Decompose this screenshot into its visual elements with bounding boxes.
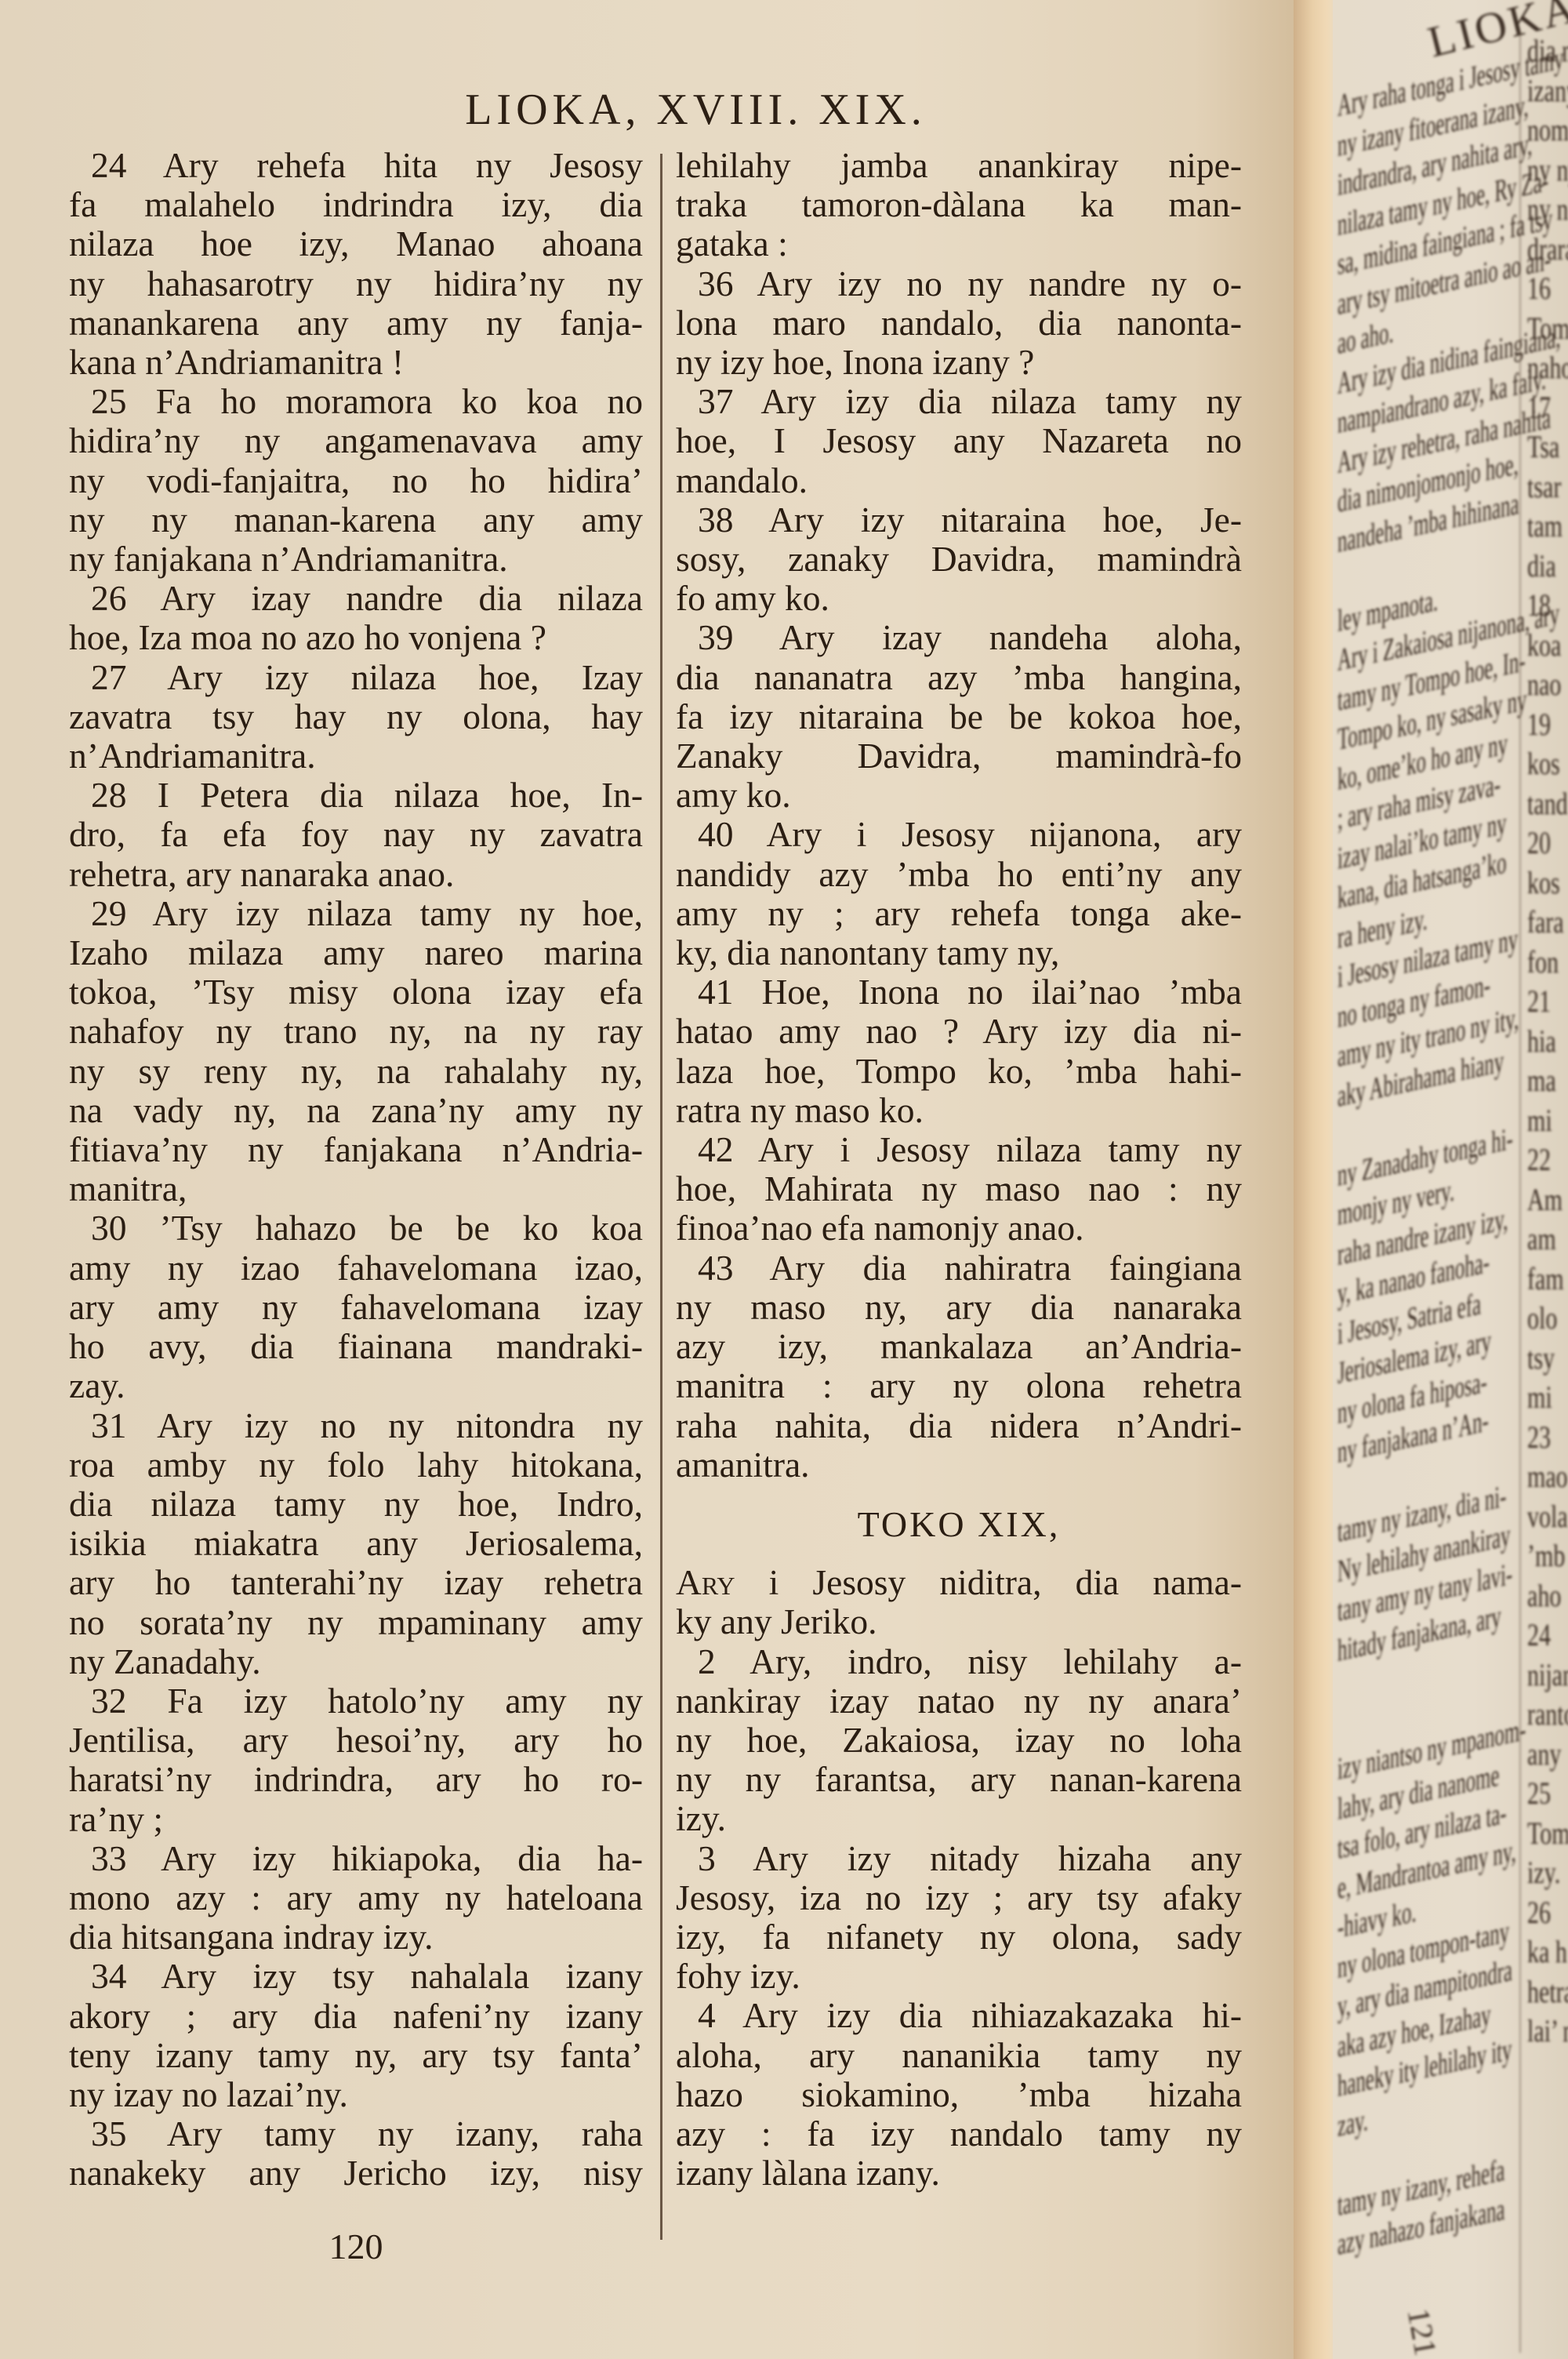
text-line: amy ny izao fahavelomana izao, — [69, 1249, 643, 1288]
text-line: dro, fa efa foy nay ny zavatra — [69, 815, 643, 854]
text-line: ho avy, dia fiainana mandraki- — [69, 1327, 643, 1366]
text-line: kana n’Andriamanitra ! — [69, 343, 643, 382]
verse-start-line: 35 Ary tamy ny izany, raha — [69, 2114, 643, 2154]
facing-text-line: 21 — [1527, 982, 1568, 1022]
facing-text-line: naho — [1527, 348, 1568, 388]
text-line: nahafoy ny trano ny, na ny ray — [69, 1012, 643, 1051]
verse-start-line: 37 Ary izy dia nilaza tamy ny — [676, 382, 1242, 421]
facing-text-line: tsar — [1527, 467, 1568, 507]
text-line: Izaho milaza amy nareo marina — [69, 933, 643, 972]
text-line: ratra ny maso ko. — [676, 1091, 1242, 1130]
text-line: dia nananatra azy ’mba hangina, — [676, 658, 1242, 697]
text-line: lona maro nandalo, dia nanonta- — [676, 304, 1242, 343]
verse-start-line: 41 Hoe, Inona no ilai’nao ’mba — [676, 972, 1242, 1012]
page-number: 120 — [69, 2226, 643, 2267]
verse-start-line: 4 Ary izy dia nihiazakazaka hi- — [676, 1996, 1242, 2035]
facing-text-line: Am — [1527, 1180, 1568, 1220]
facing-text-line: kos — [1527, 863, 1568, 903]
text-line: aloha, ary nananikia tamy ny — [676, 2036, 1242, 2075]
verse-start-line: 3 Ary izy nitady hizaha any — [676, 1839, 1242, 1878]
chapter-opening-line: Ary i Jesosy niditra, dia nama- — [676, 1563, 1242, 1602]
text-line: hazo siokamino, ’mba hizaha — [676, 2075, 1242, 2114]
facing-text-line: Tsa — [1527, 427, 1568, 467]
verse-start-line: 34 Ary izy tsy nahalala izany — [69, 1957, 643, 1996]
text-line: akory ; ary dia nafeni’ny izany — [69, 1997, 643, 2036]
text-line: zay. — [69, 1366, 643, 1405]
text-line: hoe, Iza moa no azo ho vonjena ? — [69, 618, 643, 657]
verse-start-line: 25 Fa ho moramora ko koa no — [69, 382, 643, 421]
facing-text-line: nome — [1527, 111, 1568, 151]
text-line: amy ko. — [676, 776, 1242, 815]
facing-text-line: 18 — [1527, 586, 1568, 626]
facing-text-line: mi — [1527, 1101, 1568, 1141]
facing-text-line: izany — [1527, 71, 1568, 111]
facing-text-line: drara — [1527, 230, 1568, 270]
text-line: fa malahelo indrindra izy, dia — [69, 185, 643, 224]
facing-text-line: ny n — [1527, 190, 1568, 230]
verse-start-line: 29 Ary izy nilaza tamy ny hoe, — [69, 894, 643, 933]
text-column-left: 24 Ary rehefa hita ny Jesosyfa malahelo … — [69, 146, 643, 2194]
facing-text-line: 19 — [1527, 705, 1568, 745]
facing-text-line: izy. — [1527, 1853, 1568, 1893]
facing-text-line: tsy — [1527, 1339, 1568, 1379]
facing-text-line: 24 — [1527, 1616, 1568, 1656]
text-line: ny Zanadahy. — [69, 1642, 643, 1681]
text-line: gataka : — [676, 224, 1242, 264]
text-line: mandalo. — [676, 461, 1242, 500]
chapter-dropcap-word: Ary — [676, 1562, 735, 1602]
text-line: dia hitsangana indray izy. — [69, 1917, 643, 1957]
facing-text-line: koa — [1527, 626, 1568, 666]
text-line: haratsi’ny indrindra, ary ho ro- — [69, 1760, 643, 1799]
verses-chapter-18-end: lehilahy jamba anankiray nipe-traka tamo… — [676, 146, 1242, 1485]
text-line: ny fanjakana n’Andriamanitra. — [69, 540, 643, 579]
text-line: ny vodi-fanjaitra, no ho hidira’ — [69, 461, 643, 500]
text-line: hatao amy nao ? Ary izy dia ni- — [676, 1012, 1242, 1051]
text-line: zavatra tsy hay ny olona, hay — [69, 697, 643, 736]
text-line: traka tamoron-dàlana ka man- — [676, 185, 1242, 224]
facing-text-line: Tom — [1527, 1814, 1568, 1854]
verse-start-line: 27 Ary izy nilaza hoe, Izay — [69, 658, 643, 697]
facing-page-number: 121 — [1400, 2306, 1445, 2358]
facing-text-line: 26 — [1527, 1893, 1568, 1933]
facing-text-line: mao — [1527, 1457, 1568, 1497]
facing-text-line: mi — [1527, 1378, 1568, 1418]
facing-text-line: ranto — [1527, 1695, 1568, 1735]
facing-text-line: aho — [1527, 1576, 1568, 1616]
text-line: isikia miakatra any Jeriosalema, — [69, 1524, 643, 1563]
text-line: ny izy hoe, Inona izany ? — [676, 343, 1242, 382]
text-line: hidira’ny ny angamenavava amy — [69, 421, 643, 460]
facing-text-line: nijan — [1527, 1656, 1568, 1696]
facing-text-line: ’mb — [1527, 1536, 1568, 1576]
text-line: amanitra. — [676, 1445, 1242, 1485]
facing-text-column-2: dia nizanynomeny nyny ndrara16Tomnaho17T… — [1527, 31, 1568, 2052]
facing-text-line: tam — [1527, 507, 1568, 547]
facing-text-line: am — [1527, 1219, 1568, 1259]
text-line: tokoa, ’Tsy misy olona izay efa — [69, 972, 643, 1012]
text-line: ny sy reny ny, na rahalahy ny, — [69, 1052, 643, 1091]
text-line: fo amy ko. — [676, 579, 1242, 618]
text-line: sosy, zanaky Davidra, mamindrà — [676, 540, 1242, 579]
facing-text-line: kos — [1527, 744, 1568, 784]
text-line: manitra, — [69, 1169, 643, 1209]
facing-text-line: ny ny — [1527, 151, 1568, 191]
chapter-opening-rest: i Jesosy niditra, dia nama- — [735, 1562, 1242, 1602]
text-line: ny ny farantsa, ary nanan-karena — [676, 1760, 1242, 1799]
text-line: Zanaky Davidra, mamindrà-fo — [676, 736, 1242, 776]
text-line: na vady ny, na zana’ny amy ny — [69, 1091, 643, 1130]
facing-text-line: dia n — [1527, 31, 1568, 71]
verse-start-line: 28 I Petera dia nilaza hoe, In- — [69, 776, 643, 815]
left-page: LIOKA, XVIII. XIX. 24 Ary rehefa hita ny… — [0, 0, 1298, 2359]
text-line: ny hoe, Zakaiosa, izay no loha — [676, 1721, 1242, 1760]
facing-text-line: nao — [1527, 665, 1568, 705]
verse-start-line: 30 ’Tsy hahazo be be ko koa — [69, 1209, 643, 1248]
text-line: no sorata’ny ny mpaminany amy — [69, 1603, 643, 1642]
text-line: nankiray izay natao ny ny anara’ — [676, 1681, 1242, 1721]
text-line: nilaza hoe izy, Manao ahoana — [69, 224, 643, 264]
text-line: manitra : ary ny olona rehetra — [676, 1366, 1242, 1405]
text-line: mono azy : ary amy ny hateloana — [69, 1878, 643, 1917]
text-line: manankarena any amy ny fanja- — [69, 304, 643, 343]
text-line: ny izay no lazai’ny. — [69, 2075, 643, 2114]
verse-start-line: 32 Fa izy hatolo’ny amy ny — [69, 1681, 643, 1721]
verse-start-line: 40 Ary i Jesosy nijanona, ary — [676, 815, 1242, 854]
facing-text-line: ka h — [1527, 1932, 1568, 1972]
facing-text-line: 23 — [1527, 1418, 1568, 1458]
text-line: laza hoe, Tompo ko, ’mba hahi- — [676, 1052, 1242, 1091]
text-line: izy. — [676, 1799, 1242, 1838]
verse-start-line: 2 Ary, indro, nisy lehilahy a- — [676, 1642, 1242, 1681]
facing-text-line: 20 — [1527, 823, 1568, 863]
facing-text-column: Ary raha tonga i Jesosy tamyny izany fit… — [1338, 60, 1464, 2265]
text-line: nandidy azy ’mba ho enti’ny any — [676, 855, 1242, 894]
text-line: lehilahy jamba anankiray nipe- — [676, 146, 1242, 185]
facing-text-line: ma — [1527, 1061, 1568, 1101]
facing-text-line: 22 — [1527, 1140, 1568, 1180]
running-head-text: LIOKA, XVIII. XIX. — [371, 85, 927, 134]
text-line: izy, fa nifanety ny olona, sady — [676, 1917, 1242, 1957]
text-line: roa amby ny folo lahy hitokana, — [69, 1445, 643, 1485]
facing-text-line: fara — [1527, 903, 1568, 943]
text-line: ny maso ny, ary dia nanaraka — [676, 1288, 1242, 1327]
facing-text-line: olo — [1527, 1299, 1568, 1339]
facing-text-line: 25 — [1527, 1774, 1568, 1814]
text-line: azy izy, mankalaza an’Andria- — [676, 1327, 1242, 1366]
verse-start-line: 33 Ary izy hikiapoka, dia ha- — [69, 1839, 643, 1878]
verse-start-line: 39 Ary izay nandeha aloha, — [676, 618, 1242, 657]
text-line: ary ho tanterahi’ny izay rehetra — [69, 1563, 643, 1602]
facing-text-line: tand — [1527, 784, 1568, 824]
facing-text-line: 16 — [1527, 269, 1568, 309]
verse-start-line: 36 Ary izy no ny nandre ny o- — [676, 264, 1242, 304]
verse-start-line: 38 Ary izy nitaraina hoe, Je- — [676, 500, 1242, 540]
facing-text-line: Tom — [1527, 309, 1568, 349]
text-line: teny izany tamy ny, ary tsy fanta’ — [69, 2036, 643, 2075]
text-line: ny hahasarotry ny hidira’ny ny — [69, 264, 643, 304]
facing-text-line: fam — [1527, 1259, 1568, 1299]
text-line: nanakeky any Jericho izy, nisy — [69, 2154, 643, 2193]
text-line: ra’ny ; — [69, 1800, 643, 1839]
verse-start-line: 31 Ary izy no ny nitondra ny — [69, 1406, 643, 1445]
text-line: Jesosy, iza no izy ; ary tsy afaky — [676, 1878, 1242, 1917]
text-line: azy : fa izy nandalo tamy ny — [676, 2114, 1242, 2154]
text-line: n’Andriamanitra. — [69, 736, 643, 776]
text-line: raha nahita, dia nidera n’Andri- — [676, 1406, 1242, 1445]
text-line: hoe, I Jesosy any Nazareta no — [676, 421, 1242, 460]
text-line: ky, dia nanontany tamy ny, — [676, 933, 1242, 972]
verse-start-line: 43 Ary dia nahiratra faingiana — [676, 1249, 1242, 1288]
facing-text-line: hia — [1527, 1022, 1568, 1062]
text-line: fitiava’ny ny fanjakana n’Andria- — [69, 1130, 643, 1169]
facing-column-divider — [1519, 31, 1521, 2353]
verse-start-line: 24 Ary rehefa hita ny Jesosy — [69, 146, 643, 185]
text-line: Jentilisa, ary hesoi’ny, ary ho — [69, 1721, 643, 1760]
text-line: izany làlana izany. — [676, 2154, 1242, 2193]
text-line: ny ny manan-karena any amy — [69, 500, 643, 540]
facing-text-line: hetra — [1527, 1972, 1568, 2012]
chapter-heading: TOKO XIX, — [676, 1505, 1242, 1544]
verse-start-line: 26 Ary izay nandre dia nilaza — [69, 579, 643, 618]
text-line: finoa’nao efa namonjy anao. — [676, 1209, 1242, 1248]
text-line: ky any Jeriko. — [676, 1602, 1242, 1641]
text-line: ary amy ny fahavelomana izay — [69, 1288, 643, 1327]
verses-chapter-19-start: ky any Jeriko.2 Ary, indro, nisy lehilah… — [676, 1602, 1242, 2193]
text-line: amy ny ; ary rehefa tonga ake- — [676, 894, 1242, 933]
text-column-right: lehilahy jamba anankiray nipe-traka tamo… — [676, 146, 1242, 2193]
text-line: hoe, Mahirata ny maso nao : ny — [676, 1169, 1242, 1209]
facing-text-line: dia — [1527, 547, 1568, 587]
facing-text-line: lai’ n — [1527, 2012, 1568, 2052]
text-line: fa izy nitaraina be be kokoa hoe, — [676, 697, 1242, 736]
facing-text-line: fon — [1527, 943, 1568, 983]
facing-text-line: any — [1527, 1735, 1568, 1775]
facing-text-line: 17 — [1527, 388, 1568, 428]
text-line: rehetra, ary nanaraka anao. — [69, 855, 643, 894]
text-line: fohy izy. — [676, 1957, 1242, 1996]
text-line: dia nilaza tamy ny hoe, Indro, — [69, 1485, 643, 1524]
verse-start-line: 42 Ary i Jesosy nilaza tamy ny — [676, 1130, 1242, 1169]
column-divider — [660, 154, 662, 2240]
facing-text-line: vola — [1527, 1497, 1568, 1537]
running-head: LIOKA, XVIII. XIX. — [0, 85, 1298, 135]
facing-page: LIOKA Ary raha tonga i Jesosy tamyny iza… — [1333, 0, 1568, 2359]
